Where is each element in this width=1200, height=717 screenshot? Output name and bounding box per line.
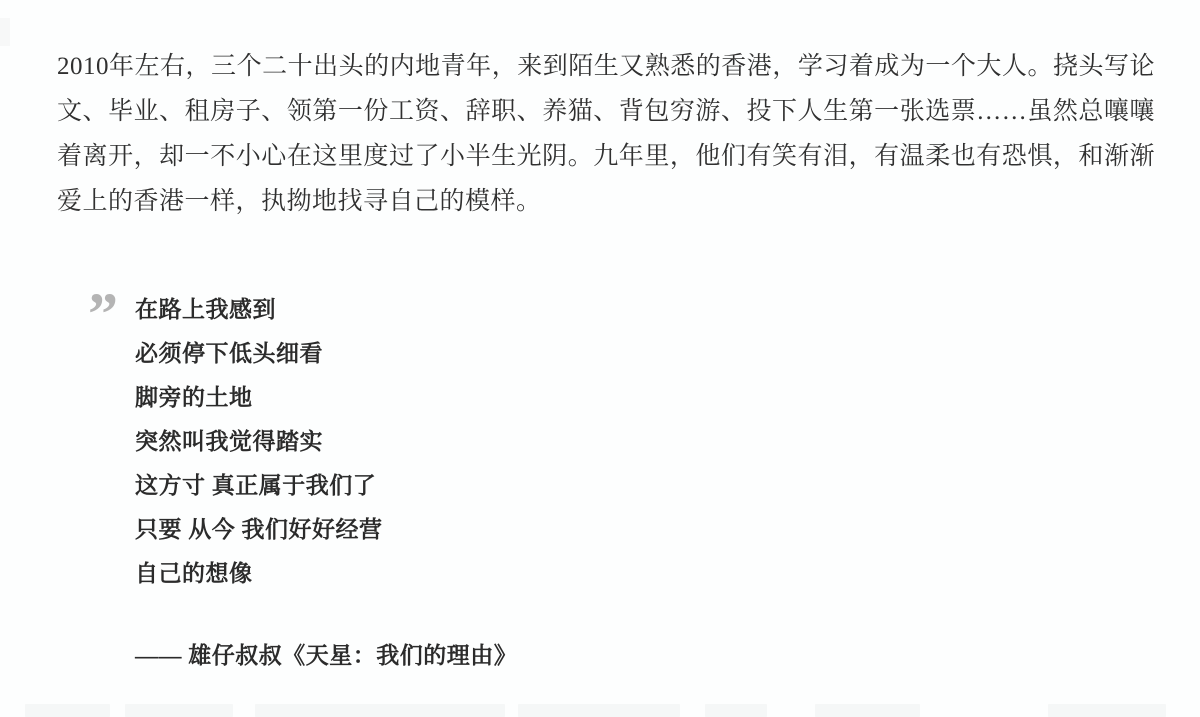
poem-line: 脚旁的土地 xyxy=(135,376,517,420)
poem-blockquote: ” 在路上我感到 必须停下低头细看 脚旁的土地 突然叫我觉得踏实 这方寸 真正属… xyxy=(88,288,517,678)
cutoff-block xyxy=(125,704,233,717)
poem-line: 必须停下低头细看 xyxy=(135,332,517,376)
poem-line: 突然叫我觉得踏实 xyxy=(135,420,517,464)
page-edge-artifact xyxy=(0,18,10,46)
closing-double-quote-icon: ” xyxy=(88,292,135,337)
poem-line: 只要 从今 我们好好经营 xyxy=(135,508,517,552)
article-page: 2010年左右，三个二十出头的内地青年，来到陌生又熟悉的香港，学习着成为一个大人… xyxy=(0,0,1200,717)
poem-line: 自己的想像 xyxy=(135,552,517,596)
cutoff-block xyxy=(1048,704,1166,717)
cutoff-block xyxy=(25,704,110,717)
cutoff-block xyxy=(518,704,680,717)
poem-line: 在路上我感到 xyxy=(135,288,517,332)
cutoff-content-strip xyxy=(0,702,1200,717)
poem-line: 这方寸 真正属于我们了 xyxy=(135,464,517,508)
cutoff-block xyxy=(815,704,920,717)
cutoff-block xyxy=(255,704,505,717)
poem-attribution: —— 雄仔叔叔《天星：我们的理由》 xyxy=(135,634,517,678)
cutoff-block xyxy=(705,704,767,717)
intro-paragraph: 2010年左右，三个二十出头的内地青年，来到陌生又熟悉的香港，学习着成为一个大人… xyxy=(57,44,1155,224)
poem-body: 在路上我感到 必须停下低头细看 脚旁的土地 突然叫我觉得踏实 这方寸 真正属于我… xyxy=(135,288,517,678)
